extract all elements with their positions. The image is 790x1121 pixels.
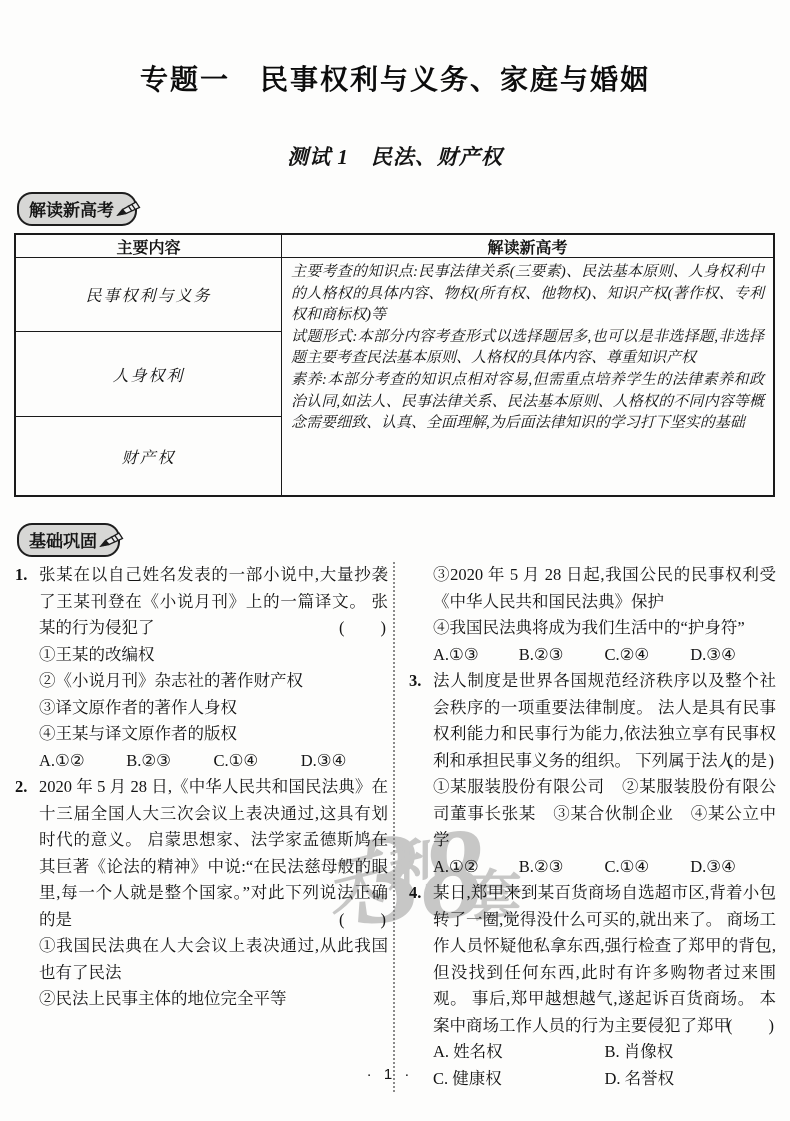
question-column-right: ③2020 年 5 月 28 日起,我国公民的民事权利受《中华人民共和国民法典》…	[395, 562, 776, 1092]
workbook-page: 38 天利 套 专题一 民事权利与义务、家庭与婚姻 测试 1 民法、财产权 解读…	[0, 0, 790, 1121]
question-number: 4.	[409, 880, 421, 907]
paragraph-question-format: 试题形式:本部分内容考查形式以选择题居多,也可以是非选择题,非选择题主要考查民法…	[291, 327, 764, 370]
question-number: 1.	[15, 562, 27, 589]
question-column-left: 1. 张某在以自己姓名发表的一部小说中,大量抄袭了王某刊登在《小说月刊》上的一篇…	[14, 562, 395, 1092]
answer-choices: A.①② B.②③ C.①④ D.③④	[39, 748, 388, 775]
question-option: ④我国民法典将成为我们生活中的“护身符”	[433, 615, 776, 642]
answer-choices: A.①② B.②③ C.①④ D.③④	[433, 854, 776, 881]
choice-a: A. 姓名权	[433, 1039, 605, 1066]
question-option: ③译文原作者的著作人身权	[39, 695, 388, 722]
test-subtitle: 测试 1 民法、财产权	[0, 141, 790, 171]
pencil-icon	[98, 530, 124, 549]
section-badge-foundation: 基础巩固	[17, 523, 120, 557]
table-row-personal-rights: 人身权利	[16, 331, 281, 416]
question-stem: 张某在以自己姓名发表的一部小说中,大量抄袭了王某刊登在《小说月刊》上的一篇译文。…	[39, 562, 388, 642]
choice-d: D.③④	[690, 854, 776, 881]
question-stem: 2020 年 5 月 28 日,《中华人民共和国民法典》在十三届全国人大三次会议…	[39, 774, 388, 933]
answer-bracket: ( )	[339, 615, 387, 642]
choice-d: D.③④	[301, 748, 388, 775]
choice-b: B.②③	[126, 748, 213, 775]
badge-label: 解读新高考	[29, 196, 114, 221]
table-header-main-content: 主要内容	[16, 235, 282, 258]
question-option: ②民法上民事主体的地位完全平等	[39, 986, 388, 1013]
choice-c: C. 健康权	[433, 1066, 605, 1093]
choice-c: C.①④	[214, 748, 301, 775]
question-option: ②《小说月刊》杂志社的著作财产权	[39, 668, 388, 695]
choice-a: A.①②	[39, 748, 126, 775]
paragraph-knowledge-points: 主要考查的知识点:民事法律关系(三要素)、民法基本原则、人身权利中的人格权的具体…	[291, 262, 764, 327]
choice-b: B. 肖像权	[605, 1039, 777, 1066]
table-row-civil-rights: 民事权利与义务	[16, 258, 281, 331]
question-2: 2. 2020 年 5 月 28 日,《中华人民共和国民法典》在十三届全国人大三…	[14, 774, 388, 1013]
question-stem: 法人制度是世界各国规范经济秩序以及整个社会秩序的一项重要法律制度。 法人是具有民…	[433, 668, 776, 774]
question-number: 2.	[15, 774, 27, 801]
pencil-icon	[115, 199, 141, 218]
question-stem: 某日,郑甲来到某百货商场自选超市区,背着小包转了一圈,觉得没什么可买的,就出来了…	[433, 880, 776, 1039]
table-topic-column: 民事权利与义务 人身权利 财产权	[16, 258, 282, 495]
table-interpretation-cell: 主要考查的知识点:民事法律关系(三要素)、民法基本原则、人身权利中的人格权的具体…	[282, 258, 773, 495]
question-option: ④王某与译文原作者的版权	[39, 721, 388, 748]
choice-b: B.②③	[519, 642, 605, 669]
answer-bracket: ( )	[339, 907, 387, 934]
question-option: ③2020 年 5 月 28 日起,我国公民的民事权利受《中华人民共和国民法典》…	[433, 562, 776, 615]
question-options-inline: ①某服装股份有限公司 ②某服装股份有限公司董事长张某 ③某合伙制企业 ④某公立中…	[433, 774, 776, 854]
question-1: 1. 张某在以自己姓名发表的一部小说中,大量抄袭了王某刊登在《小说月刊》上的一篇…	[14, 562, 388, 774]
choice-d: D. 名誉权	[605, 1066, 777, 1093]
answer-choices: A. 姓名权 B. 肖像权 C. 健康权 D. 名誉权	[433, 1039, 776, 1092]
choice-b: B.②③	[519, 854, 605, 881]
answer-bracket: ( )	[727, 748, 775, 775]
choice-c: C.②④	[605, 642, 691, 669]
question-4: 4. 某日,郑甲来到某百货商场自选超市区,背着小包转了一圈,觉得没什么可买的,就…	[408, 880, 776, 1092]
badge-label: 基础巩固	[29, 527, 97, 552]
question-option: ①王某的改编权	[39, 642, 388, 669]
choice-d: D.③④	[690, 642, 776, 669]
answer-choices: A.①③ B.②③ C.②④ D.③④	[433, 642, 776, 669]
section-badge-interpret-gaokao: 解读新高考	[17, 192, 137, 226]
choice-c: C.①④	[605, 854, 691, 881]
page-title: 专题一 民事权利与义务、家庭与婚姻	[0, 58, 790, 98]
table-header-interpret: 解读新高考	[282, 235, 773, 258]
paragraph-competency: 素养:本部分考查的知识点相对容易,但需重点培养学生的法律素养和政治认同,如法人、…	[291, 370, 764, 435]
question-option: ①我国民法典在人大会议上表决通过,从此我国也有了民法	[39, 933, 388, 986]
question-2-continued: ③2020 年 5 月 28 日起,我国公民的民事权利受《中华人民共和国民法典》…	[408, 562, 776, 668]
question-3: 3. 法人制度是世界各国规范经济秩序以及整个社会秩序的一项重要法律制度。 法人是…	[408, 668, 776, 880]
choice-a: A.①③	[433, 642, 519, 669]
answer-bracket: ( )	[727, 1013, 775, 1040]
question-columns: 1. 张某在以自己姓名发表的一部小说中,大量抄袭了王某刊登在《小说月刊》上的一篇…	[14, 562, 776, 1092]
table-row-property-rights: 财产权	[16, 416, 281, 495]
exam-interpretation-table: 主要内容 解读新高考 民事权利与义务 人身权利 财产权 主要考查的知识点:民事法…	[14, 233, 775, 497]
question-number: 3.	[409, 668, 421, 695]
choice-a: A.①②	[433, 854, 519, 881]
